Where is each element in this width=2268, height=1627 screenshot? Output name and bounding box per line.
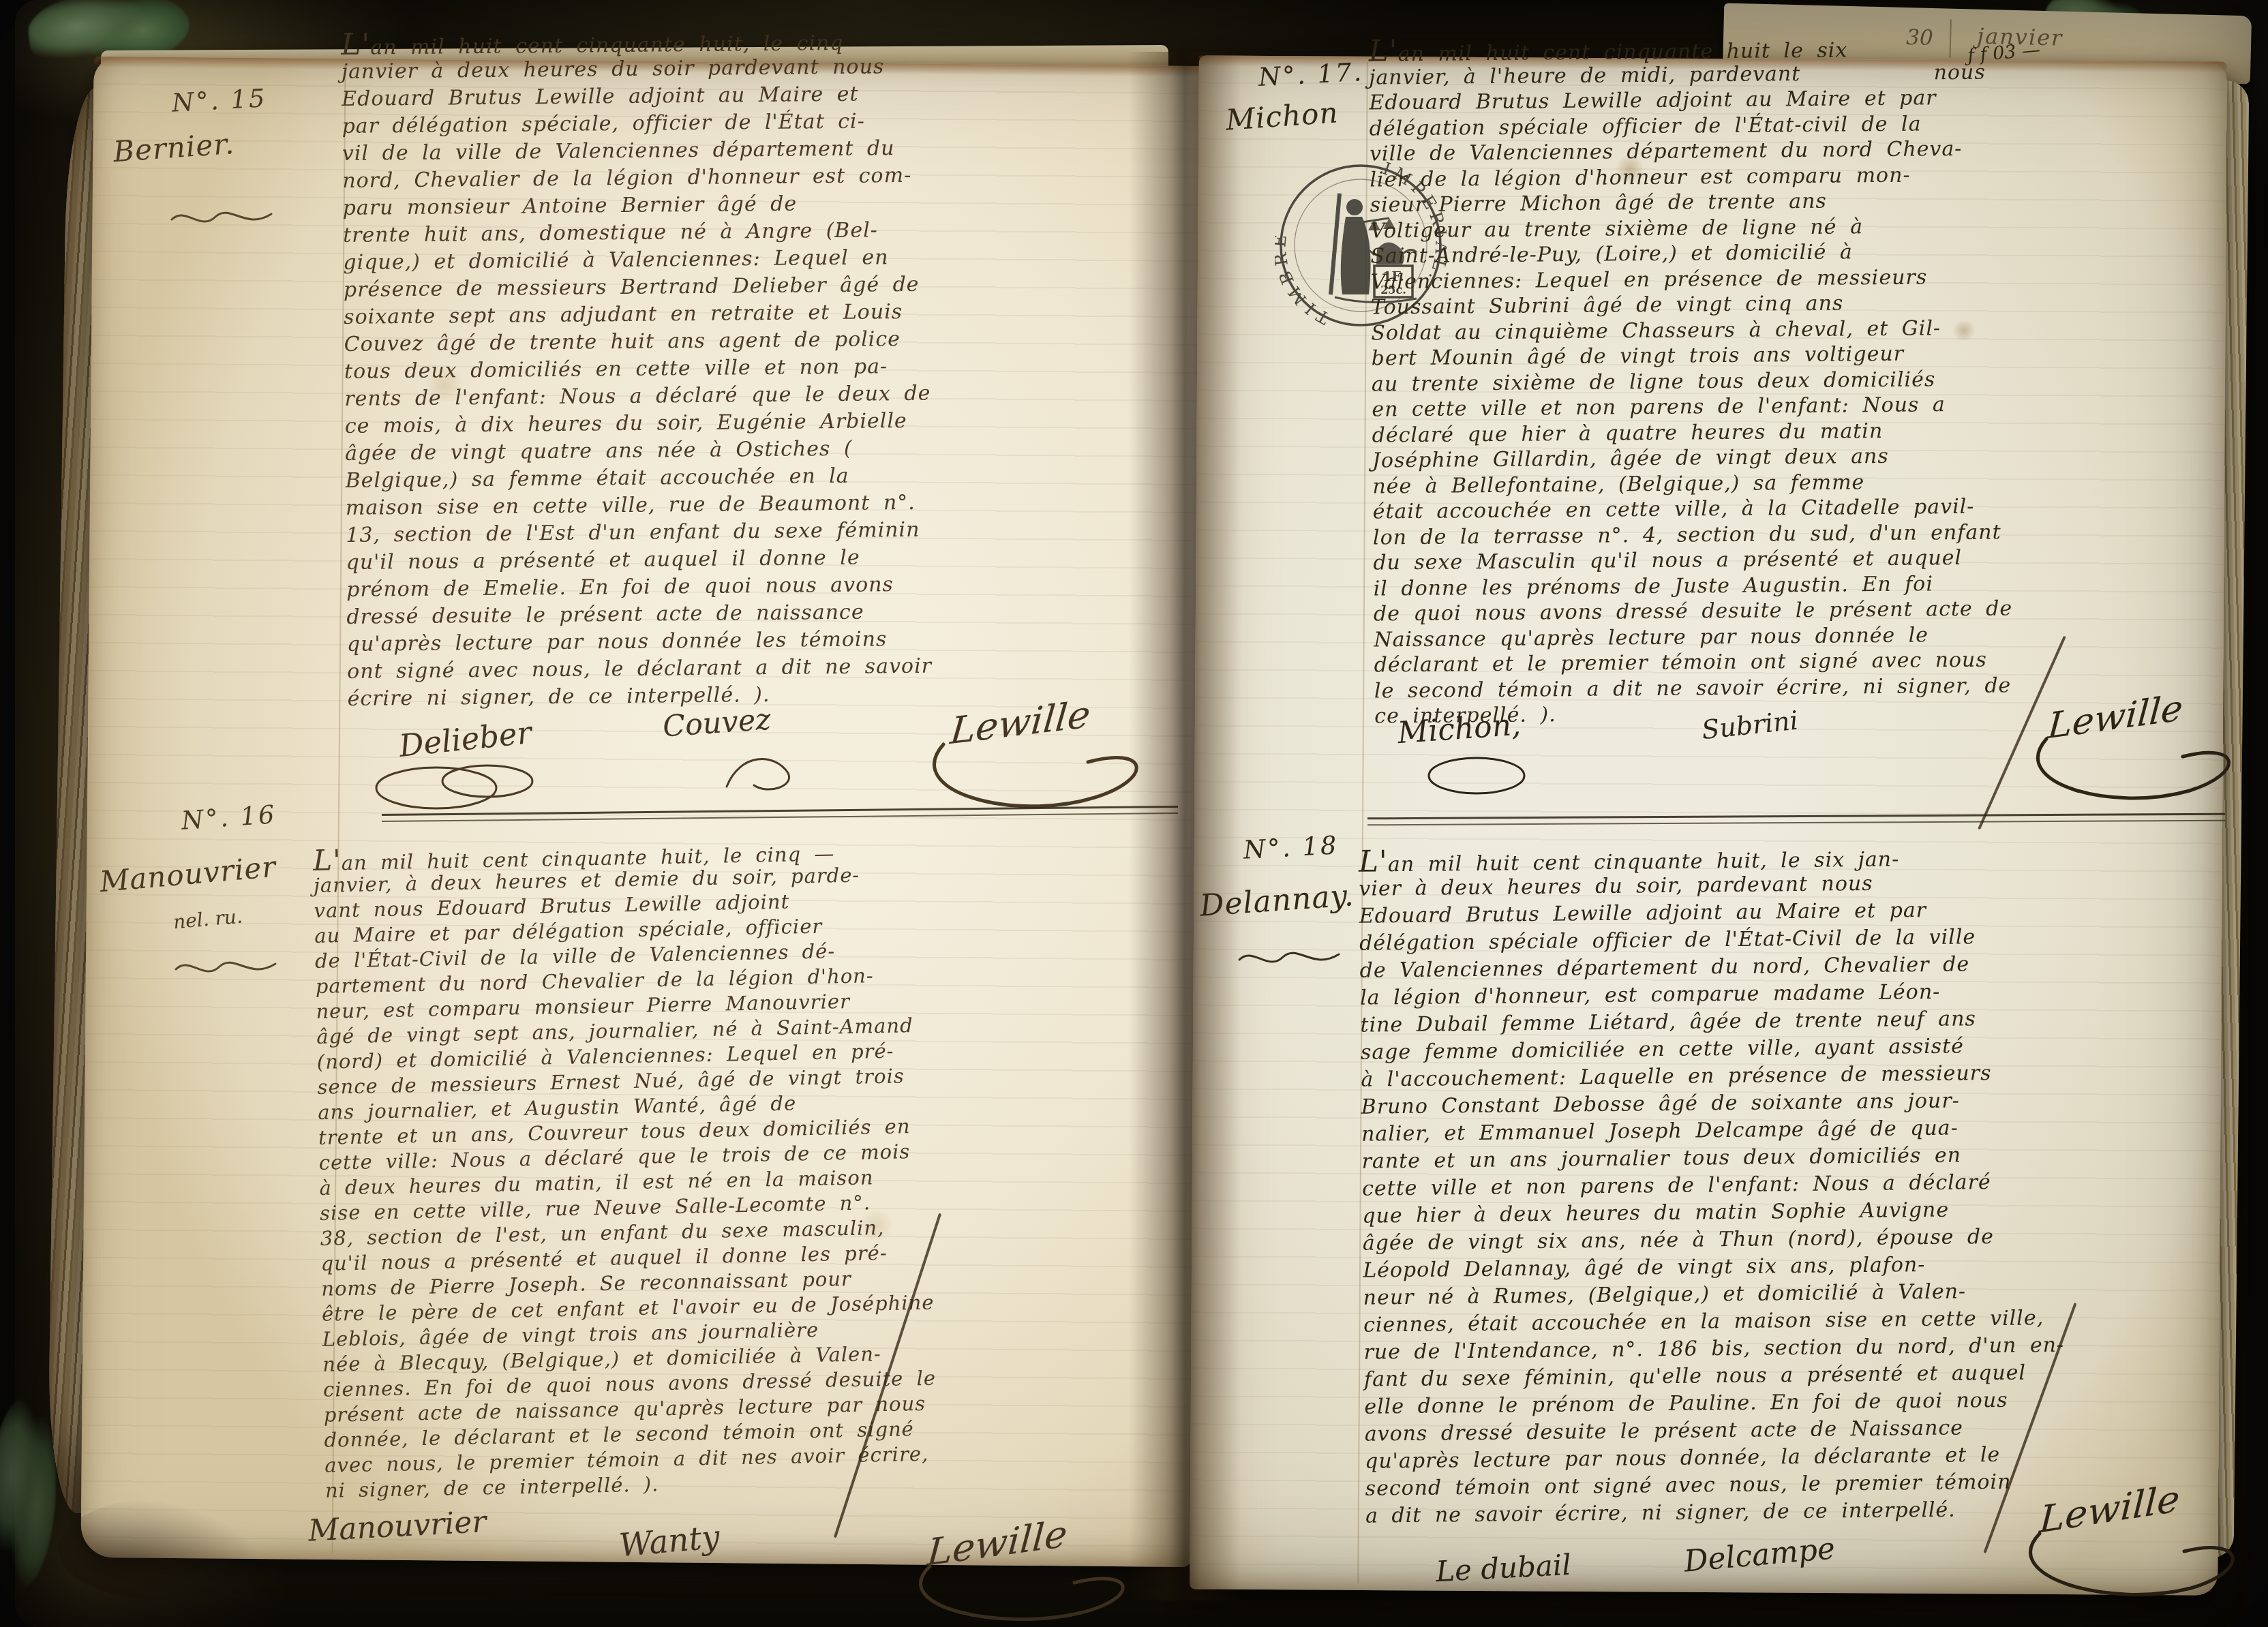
- record-15-body: L'an mil huit cent cinquante huit, le ci…: [341, 23, 1186, 713]
- record-16-body: L'an mil huit cent cinquante huit, le ci…: [313, 832, 1170, 1504]
- signature-flourish: [2016, 724, 2268, 812]
- record-15-number: N°. 15: [171, 83, 268, 117]
- margin-flourish: [1235, 942, 1344, 971]
- page-corner-shadow: [59, 1498, 263, 1600]
- margin-flourish: [168, 202, 277, 230]
- signature-paraph: [1415, 750, 1552, 804]
- signature-paraph: [368, 752, 573, 821]
- signature-paraph: [713, 746, 808, 800]
- record-17-body: L'an mil huit cent cinquante huit le six…: [1369, 31, 2241, 729]
- signature-flourish: [898, 1555, 1171, 1627]
- signature-flourish: [2008, 1520, 2268, 1609]
- civil-registry-book-photo: 30 janvier N°. 15 Bernier. L'an mil huit…: [0, 0, 2268, 1627]
- margin-flourish: [172, 952, 281, 980]
- record-18-body: L'an mil huit cent cinquante huit, le si…: [1359, 839, 2238, 1530]
- record-18-number: N°. 18: [1243, 830, 1340, 864]
- record-17-number: N°. 17.: [1258, 57, 1364, 92]
- signature-witness-1: Le dubail: [1435, 1548, 1572, 1588]
